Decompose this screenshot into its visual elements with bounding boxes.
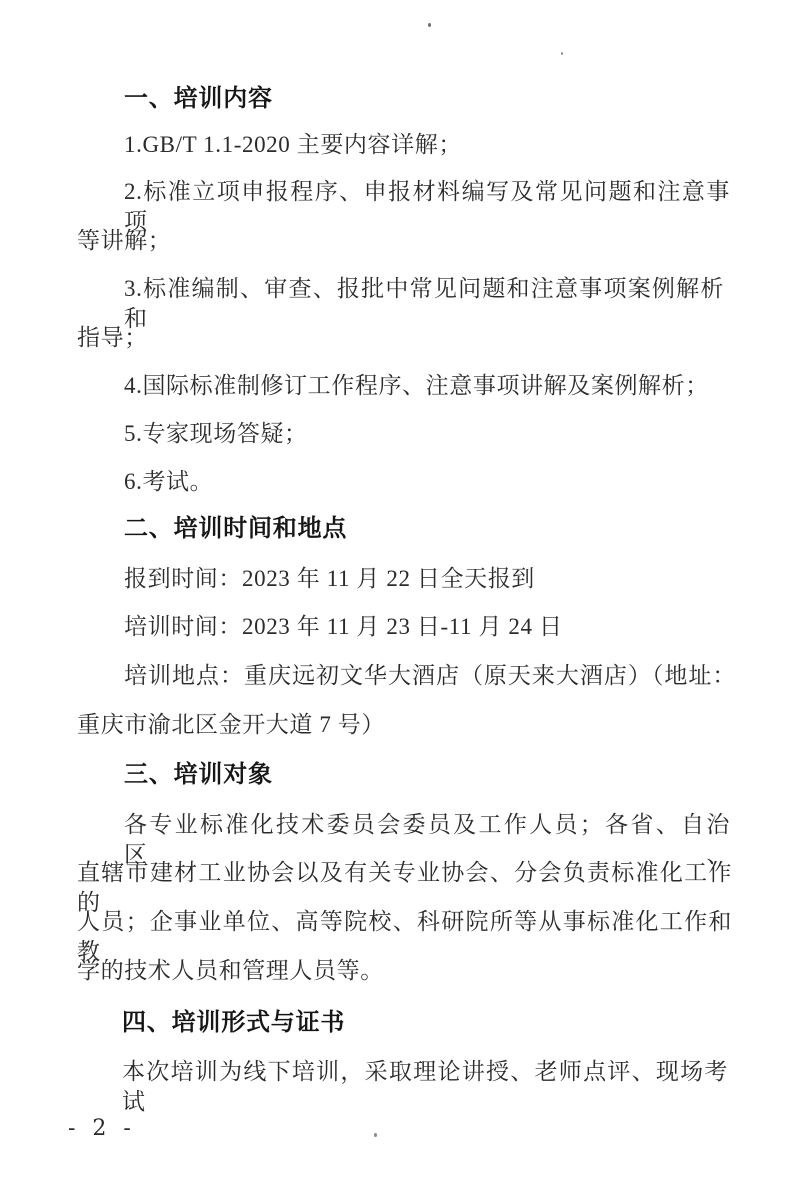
registration-time-line: 报到时间：2023 年 11 月 22 日全天报到 (124, 564, 535, 594)
content-item-6: 6.考试。 (124, 467, 213, 497)
trainees-line-4: 学的技术人员和管理人员等。 (77, 956, 384, 986)
scan-speck-2 (561, 52, 563, 55)
section-2-heading: 二、培训时间和地点 (124, 514, 347, 544)
scan-speck-1 (428, 23, 431, 27)
content-item-2-line-1: 2.标准立项申报程序、申报材料编写及常见问题和注意事项 (124, 177, 730, 237)
scan-speck-3 (374, 1133, 377, 1137)
section-1-heading: 一、培训内容 (124, 84, 273, 114)
section-4-heading: 四、培训形式与证书 (122, 1008, 345, 1038)
content-item-1: 1.GB/T 1.1-2020 主要内容详解； (124, 130, 462, 160)
content-item-3-line-2: 指导； (77, 323, 148, 353)
scanned-document-page: 一、培训内容 1.GB/T 1.1-2020 主要内容详解； 2.标准立项申报程… (0, 0, 801, 1180)
format-line-1: 本次培训为线下培训，采取理论讲授、老师点评、现场考试 (122, 1057, 728, 1117)
content-item-4: 4.国际标准制修订工作程序、注意事项讲解及案例解析； (124, 371, 709, 401)
training-time-line: 培训时间：2023 年 11 月 23 日-11 月 24 日 (124, 612, 563, 642)
content-item-5: 5.专家现场答疑； (124, 419, 308, 449)
section-3-heading: 三、培训对象 (124, 760, 273, 790)
training-location-line-1: 培训地点：重庆远初文华大酒店（原天来大酒店）（地址： (124, 661, 736, 691)
content-item-3-line-1: 3.标准编制、审查、报批中常见问题和注意事项案例解析和 (124, 274, 724, 334)
content-item-2-line-2: 等讲解； (77, 226, 171, 256)
page-number: - 2 - (68, 1116, 136, 1141)
training-location-line-2: 重庆市渝北区金开大道 7 号） (77, 710, 385, 740)
